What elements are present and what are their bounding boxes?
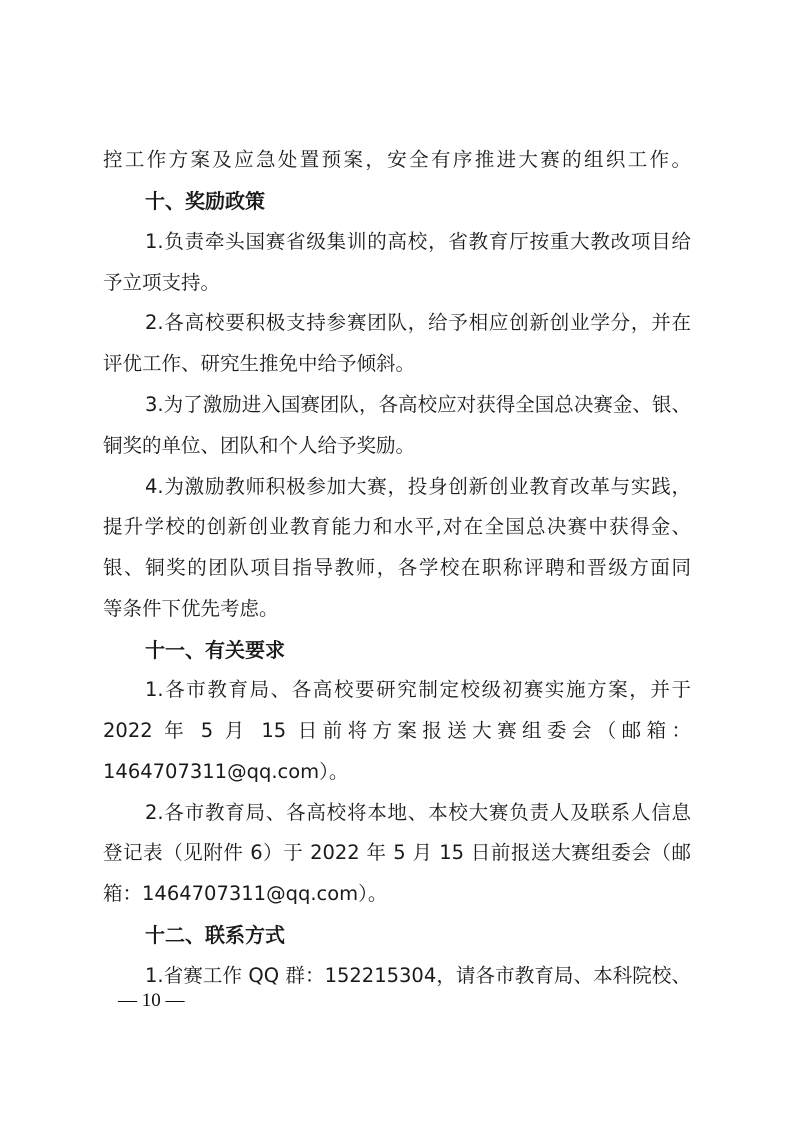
section-heading-rewards: 十、奖励政策	[145, 186, 691, 216]
body-line: 控工作方案及应急处置预案，安全有序推进大赛的组织工作。	[103, 145, 691, 175]
email-line: 箱：1464707311@qq.com）。	[103, 879, 691, 909]
paragraph-line: 等条件下优先考虑。	[103, 594, 691, 624]
paragraph-line: 予立项支持。	[103, 268, 691, 298]
page-number: — 10 —	[118, 990, 185, 1012]
paragraph-line: 1.各市教育局、各高校要研究制定校级初赛实施方案，并于	[145, 675, 691, 705]
paragraph-line: 4.为激励教师积极参加大赛，投身创新创业教育改革与实践，	[145, 472, 691, 502]
paragraph-line: 银、铜奖的团队项目指导教师，各学校在职称评聘和晋级方面同	[103, 553, 691, 583]
paragraph-line: 2.各市教育局、各高校将本地、本校大赛负责人及联系人信息	[145, 798, 691, 828]
paragraph-line: 1.省赛工作 QQ 群：152215304，请各市教育局、本科院校、	[145, 961, 691, 991]
paragraph-line: 3.为了激励进入国赛团队，各高校应对获得全国总决赛金、银、	[145, 390, 691, 420]
email-line: 1464707311@qq.com）。	[103, 757, 691, 787]
paragraph-line: 2022 年 5 月 15 日前将方案报送大赛组委会（邮箱：	[103, 716, 691, 746]
paragraph-line: 1.负责牵头国赛省级集训的高校，省教育厅按重大教改项目给	[145, 227, 691, 257]
section-heading-requirements: 十一、有关要求	[145, 635, 691, 665]
paragraph-line: 铜奖的单位、团队和个人给予奖励。	[103, 431, 691, 461]
section-heading-contact: 十二、联系方式	[145, 920, 691, 950]
paragraph-line: 登记表（见附件 6）于 2022 年 5 月 15 日前报送大赛组委会（邮	[103, 838, 691, 868]
paragraph-line: 2.各高校要积极支持参赛团队，给予相应创新创业学分，并在	[145, 308, 691, 338]
document-page: 控工作方案及应急处置预案，安全有序推进大赛的组织工作。 十、奖励政策 1.负责牵…	[0, 0, 793, 1122]
paragraph-line: 提升学校的创新创业教育能力和水平,对在全国总决赛中获得金、	[103, 512, 691, 542]
paragraph-line: 评优工作、研究生推免中给予倾斜。	[103, 349, 691, 379]
